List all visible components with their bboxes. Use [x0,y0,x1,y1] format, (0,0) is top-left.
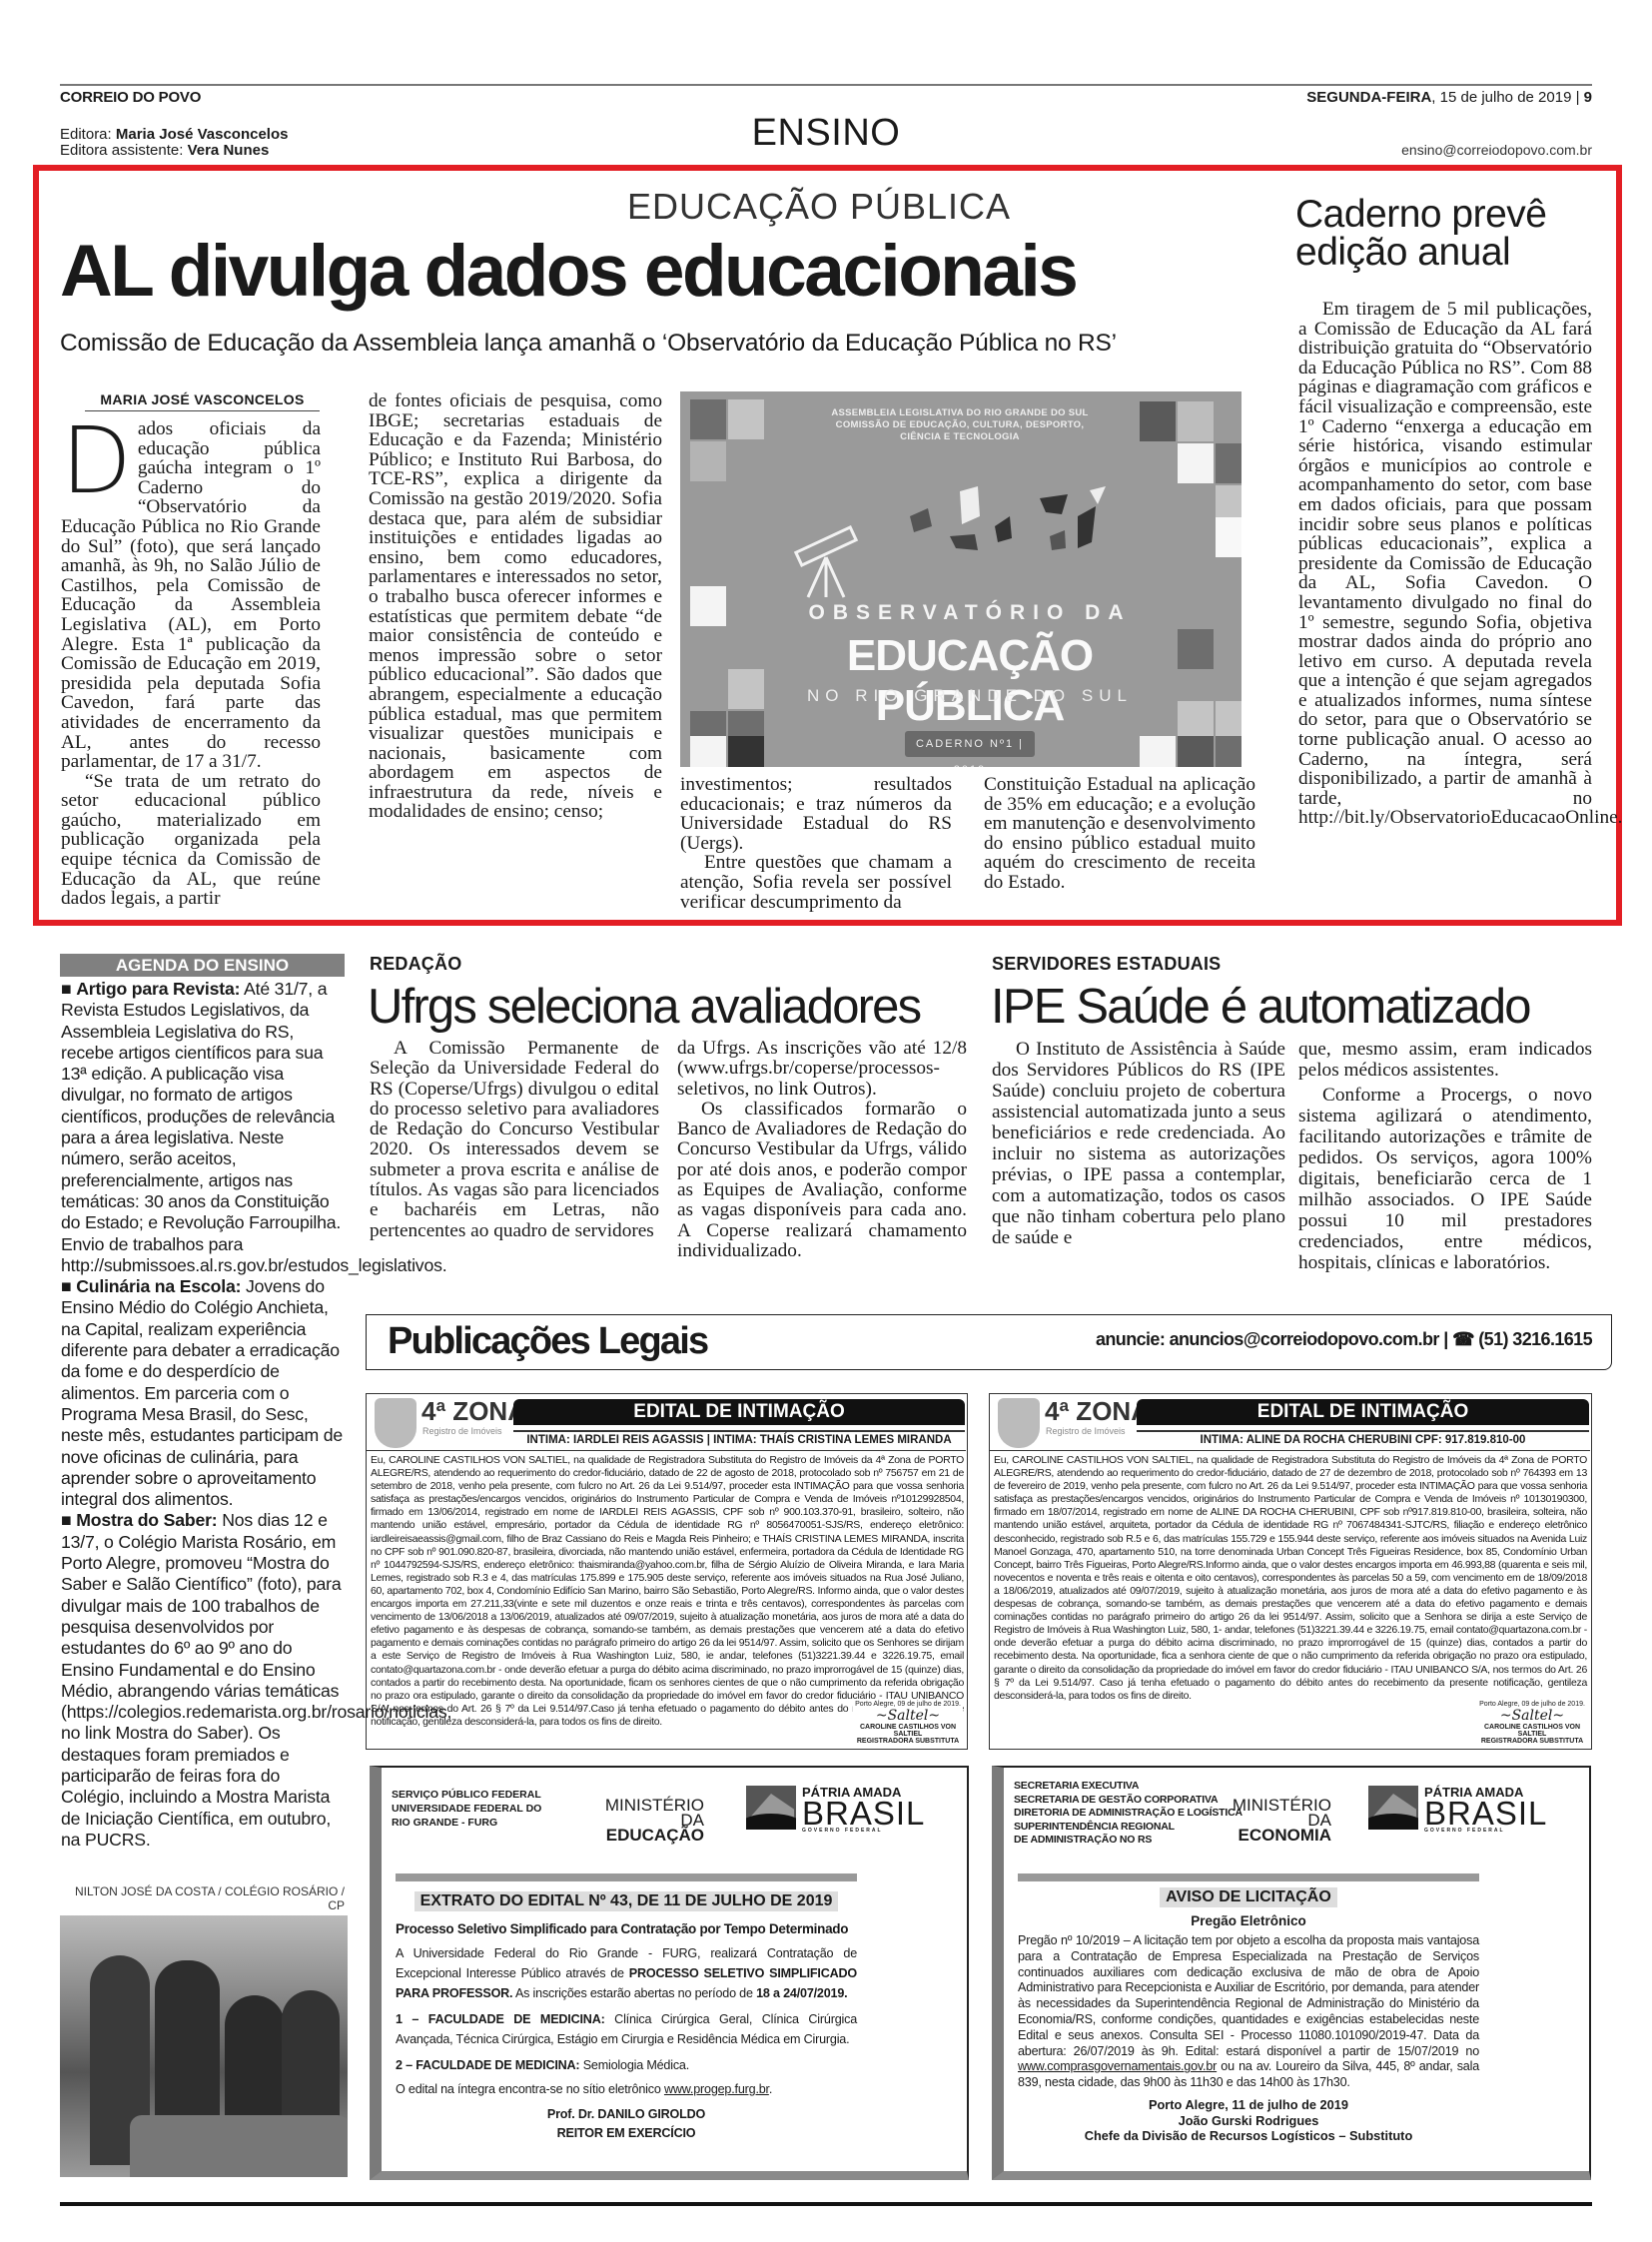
furg-item2: 2 – FACULDADE DE MEDICINA: Semiologia Mé… [396,2055,857,2075]
brasil-logo: PÁTRIA AMADA BRASIL GOVERNO FEDERAL [746,1786,925,1834]
deco-square [1216,443,1241,483]
deco-square [690,441,726,481]
deco-square [1216,517,1241,557]
sign-name: CAROLINE CASTILHOS VON SALTIEL [853,1724,963,1738]
agenda-item-label: Culinária na Escola: [76,1276,241,1296]
redacao-col-2-p1: da Ufrgs. As inscrições vão até 12/8 (ww… [677,1039,967,1100]
deco-square [728,399,764,439]
cover-line3: CIÊNCIA E TECNOLOGIA [800,431,1120,443]
ipe-col-1: O Instituto de Assistência à Saúde dos S… [992,1039,1285,1248]
gray-divider [396,1873,857,1881]
square-bullet-icon: ■ [61,1276,76,1296]
furg-sign-role: REITOR EM EXERCÍCIO [396,2124,857,2143]
agenda-item: ■ Culinária na Escola: Jovens do Ensino … [61,1276,346,1510]
economia-subtitle: Pregão Eletrônico [1018,1913,1479,1928]
bottom-rule [60,2202,1592,2206]
sign-date: Porto Alegre, 09 de julho de 2019. [853,1701,963,1708]
contact-separator: | [1439,1329,1452,1349]
cover-title3: NO RIO GRANDE DO SUL [800,686,1140,706]
observatorio-cover-photo: ASSEMBLEIA LEGISLATIVA DO RIO GRANDE DO … [680,391,1241,767]
photo-credit: NILTON JOSÉ DA COSTA / COLÉGIO ROSÁRIO /… [60,1884,345,1912]
org-line: SECRETARIA DE GESTÃO CORPORATIVA [1014,1794,1242,1808]
brasil-logo: PÁTRIA AMADA BRASIL GOVERNO FEDERAL [1368,1786,1547,1834]
economia-link[interactable]: www.comprasgovernamentais.gov.br [1018,2059,1217,2073]
main-kicker: EDUCAÇÃO PÚBLICA [380,186,1258,228]
edital-intimacao-2: 4ª ZONA Registro de Imóveis EDITAL DE IN… [989,1393,1592,1750]
contact-email[interactable]: anuncios@correiodopovo.com.br [1170,1329,1439,1349]
edital-intima: INTIMA: IARDLEI REIS AGASSIS | INTIMA: T… [513,1430,965,1446]
main-col-4: Constituição Estadual na aplicação de 35… [984,775,1255,893]
contact-prefix: anuncie: [1096,1329,1170,1349]
agenda-item: ■ Mostra do Saber: Nos dias 12 e 13/7, o… [61,1510,346,1851]
org-line: SECRETARIA EXECUTIVA [1014,1780,1242,1794]
ministry-logo: MINISTÉRIO DA EDUCAÇÃO [596,1798,704,1843]
edital-body: Eu, CAROLINE CASTILHOS VON SALTIEL, na q… [371,1454,964,1729]
zona-logo: 4ª ZONA [421,1396,526,1427]
phone-icon: ☎ [1452,1329,1474,1349]
furg-org: SERVIÇO PÚBLICO FEDERAL UNIVERSIDADE FED… [392,1788,541,1830]
deco-square [728,669,764,709]
sign-name: CAROLINE CASTILHOS VON SALTIEL [1477,1724,1587,1738]
agenda-title: AGENDA DO ENSINO [60,954,345,977]
main-col-3: investimentos; resultados educacionais; … [680,775,952,912]
main-col-1-p2: “Se trata de um retrato do setor educaci… [61,772,321,909]
top-rule [60,84,1592,86]
ministry-name: EDUCAÇÃO [596,1828,704,1843]
sign-role: REGISTRADORA SUBSTITUTA [1477,1738,1587,1745]
weekday: SEGUNDA-FEIRA [1306,89,1431,106]
agenda-item: ■ Artigo para Revista: Até 31/7, a Revis… [61,979,346,1276]
agenda-list: ■ Artigo para Revista: Até 31/7, a Revis… [61,979,346,1851]
redacao-headline: Ufrgs seleciona avaliadores [368,981,920,1033]
deco-square [1216,701,1241,741]
org-line: UNIVERSIDADE FEDERAL DO [392,1802,541,1816]
furg-p1-d: 18 a 24/07/2019. [756,1986,847,2000]
furg-link[interactable]: www.progep.furg.br [664,2082,769,2096]
students-photo [60,1915,348,2177]
ministry-top: MINISTÉRIO DA [1233,1796,1331,1830]
table [130,2115,348,2177]
economia-title-wrap: AVISO DE LICITAÇÃO [1018,1887,1479,1907]
signature-icon: ~Saltel~ [853,1708,963,1724]
cover-line1: ASSEMBLEIA LEGISLATIVA DO RIO GRANDE DO … [800,407,1120,419]
economia-sign-role: Chefe da Divisão de Recursos Logísticos … [1018,2128,1479,2144]
deco-square [1216,736,1241,767]
org-line: SUPERINTENDÊNCIA REGIONAL [1014,1821,1242,1835]
contact-phone: (51) 3216.1615 [1474,1329,1592,1349]
org-line: RIO GRANDE - FURG [392,1816,541,1830]
org-line: DIRETORIA DE ADMINISTRAÇÃO E LOGÍSTICA [1014,1807,1242,1821]
masthead: CORREIO DO POVO [60,89,201,106]
ipe-col-2-p2: Conforme a Procergs, o novo sistema agil… [1298,1085,1592,1273]
sidebar-body-text: Em tiragem de 5 mil publicações, a Comis… [1298,300,1592,828]
agenda-item-label: Mostra do Saber: [76,1510,217,1530]
deco-square [1178,629,1214,669]
furg-sign-name: Prof. Dr. DANILO GIROLDO [396,2105,857,2124]
furg-link-prefix: O edital na íntegra encontra-se no sítio… [396,2082,664,2096]
furg-notice: SERVIÇO PÚBLICO FEDERAL UNIVERSIDADE FED… [370,1766,969,2180]
sign-role: REGISTRADORA SUBSTITUTA [853,1738,963,1745]
org-line: DE ADMINISTRAÇÃO NO RS [1014,1834,1242,1848]
brasil-flag-icon [1368,1786,1418,1830]
page-number: 9 [1584,89,1592,106]
furg-p1: A Universidade Federal do Rio Grande - F… [396,1943,857,2003]
furg-item2-text: Semiologia Médica. [579,2058,689,2072]
agenda-item-label: Artigo para Revista: [76,979,240,999]
sidebar-body: Em tiragem de 5 mil publicações, a Comis… [1298,300,1592,828]
zona-sub: Registro de Imóveis [1046,1426,1126,1436]
deco-square [1178,701,1214,741]
economia-notice: SECRETARIA EXECUTIVA SECRETARIA DE GESTÃ… [992,1766,1591,2180]
sign-date: Porto Alegre, 09 de julho de 2019. [1477,1701,1587,1708]
furg-item2-label: 2 – FACULDADE DE MEDICINA: [396,2058,579,2072]
deco-square [1178,443,1214,483]
org-line: SERVIÇO PÚBLICO FEDERAL [392,1788,541,1802]
signature-block: Porto Alegre, 09 de julho de 2019. ~Salt… [1477,1701,1587,1745]
redacao-col-1-text: A Comissão Permanente de Seleção da Univ… [370,1039,659,1241]
brasil-name: BRASIL [802,1799,925,1829]
furg-item1: 1 – FACULDADE DE MEDICINA: Clínica Cirúr… [396,2009,857,2049]
edital-title-bar: EDITAL DE INTIMAÇÃO [1137,1399,1589,1425]
dropcap: D [61,423,132,499]
ipe-col-2: que, mesmo assim, eram indicados pelos m… [1298,1039,1592,1273]
date: , 15 de julho de 2019 | [1431,89,1583,106]
deco-square [1140,401,1176,441]
main-headline: AL divulga dados educacionais [60,232,1076,312]
divider [990,1450,1590,1451]
redacao-kicker: REDAÇÃO [370,954,461,975]
ipe-headline: IPE Saúde é automatizado [991,981,1530,1033]
furg-title: EXTRATO DO EDITAL Nº 43, DE 11 DE JULHO … [414,1891,839,1911]
signature-icon: ~Saltel~ [1477,1708,1587,1724]
main-col-4-text: Constituição Estadual na aplicação de 35… [984,775,1255,893]
economia-body-a: Pregão nº 10/2019 – A licitação tem por … [1018,1933,1479,2058]
deco-square [1178,401,1214,441]
brasil-name: BRASIL [1424,1799,1547,1829]
sidebar-title: Caderno prevê edição anual [1295,196,1595,272]
gray-divider [1018,1873,1479,1881]
cover-title1: OBSERVATÓRIO DA [800,601,1140,625]
deco-square [1178,736,1214,767]
deco-square [728,736,764,767]
date-line: SEGUNDA-FEIRA, 15 de julho de 2019 | 9 [1306,89,1592,106]
zona-logo: 4ª ZONA [1045,1396,1150,1427]
economia-title: AVISO DE LICITAÇÃO [1160,1887,1337,1907]
coat-of-arms-icon [375,1398,416,1448]
ministry-logo: MINISTÉRIO DA ECONOMIA [1224,1798,1331,1843]
furg-link-suffix: . [769,2082,772,2096]
economia-signature: Porto Alegre, 11 de julho de 2019 João G… [1018,2097,1479,2144]
section-email[interactable]: ensino@correiodopovo.com.br [1401,142,1592,158]
deco-square [690,736,726,767]
main-deck: Comissão de Educação da Assembleia lança… [60,330,1117,358]
main-col-2-text: de fontes oficiais de pesquisa, como IBG… [369,391,662,822]
cover-header: ASSEMBLEIA LEGISLATIVA DO RIO GRANDE DO … [800,407,1120,443]
legal-title: Publicações Legais [388,1320,707,1363]
deco-square [690,586,726,626]
ministry-top: MINISTÉRIO DA [605,1796,704,1830]
ipe-kicker: SERVIDORES ESTADUAIS [992,954,1221,975]
cover-badge: CADERNO Nº1 | 2019 [905,731,1035,757]
cover-title2: EDUCAÇÃO PÚBLICA [790,631,1150,731]
furg-body: A Universidade Federal do Rio Grande - F… [396,1943,857,2143]
coat-of-arms-icon [998,1398,1040,1448]
economia-org: SECRETARIA EXECUTIVA SECRETARIA DE GESTÃ… [1014,1780,1242,1848]
redacao-col-2-p2: Os classificados formarão o Banco de Ava… [677,1100,967,1261]
main-col-2: de fontes oficiais de pesquisa, como IBG… [369,391,662,822]
brasil-text: PÁTRIA AMADA BRASIL GOVERNO FEDERAL [1424,1786,1547,1834]
edital-body: Eu, CAROLINE CASTILHOS VON SALTIEL, na q… [994,1454,1587,1703]
furg-signature: Prof. Dr. DANILO GIROLDO REITOR EM EXERC… [396,2105,857,2143]
edital-intimacao-1: 4ª ZONA Registro de Imóveis EDITAL DE IN… [366,1393,968,1750]
furg-subtitle: Processo Seletivo Simplificado para Cont… [396,1921,857,1936]
main-col-3-p2: Entre questões que chamam a atenção, Sof… [680,853,952,912]
flying-books-icon [900,486,1120,566]
deco-square [690,399,726,439]
main-col-1-p1: Dados oficiais da educação pública gaúch… [61,419,321,772]
economia-sign-name: João Gurski Rodrigues [1018,2113,1479,2129]
main-col-3-p1: investimentos; resultados educacionais; … [680,775,952,853]
furg-p1-c: As inscrições estarão abertas no período… [512,1986,756,2000]
redacao-col-2: da Ufrgs. As inscrições vão até 12/8 (ww… [677,1039,967,1261]
main-col-1: Dados oficiais da educação pública gaúch… [61,419,321,909]
legal-contact: anuncie: anuncios@correiodopovo.com.br |… [1096,1329,1592,1350]
ministry-name: ECONOMIA [1224,1828,1331,1843]
edital-intima: INTIMA: ALINE DA ROCHA CHERUBINI CPF: 91… [1137,1430,1589,1446]
signature-block: Porto Alegre, 09 de julho de 2019. ~Salt… [853,1701,963,1745]
furg-title-wrap: EXTRATO DO EDITAL Nº 43, DE 11 DE JULHO … [396,1891,857,1911]
edital-title-bar: EDITAL DE INTIMAÇÃO [513,1399,965,1425]
square-bullet-icon: ■ [61,1510,76,1530]
zona-sub: Registro de Imóveis [422,1426,502,1436]
square-bullet-icon: ■ [61,979,76,999]
furg-item1-label: 1 – FACULDADE DE MEDICINA: [396,2012,605,2026]
economia-sign-date: Porto Alegre, 11 de julho de 2019 [1018,2097,1479,2113]
redacao-col-1: A Comissão Permanente de Seleção da Univ… [370,1039,659,1241]
brasil-text: PÁTRIA AMADA BRASIL GOVERNO FEDERAL [802,1786,925,1834]
ipe-col-1-text: O Instituto de Assistência à Saúde dos S… [992,1039,1285,1248]
economia-body: Pregão nº 10/2019 – A licitação tem por … [1018,1933,1479,2091]
telescope-icon [788,509,868,599]
deco-square [1140,736,1176,767]
divider [367,1450,966,1451]
brasil-flag-icon [746,1786,796,1830]
cover-line2: COMISSÃO DE EDUCAÇÃO, CULTURA, DESPORTO, [800,419,1120,431]
furg-link-line: O edital na íntegra encontra-se no sítio… [396,2079,857,2099]
agenda-item-text: Jovens do Ensino Médio do Colégio Anchie… [61,1276,343,1509]
ipe-col-2-p1: que, mesmo assim, eram indicados pelos m… [1298,1039,1592,1081]
